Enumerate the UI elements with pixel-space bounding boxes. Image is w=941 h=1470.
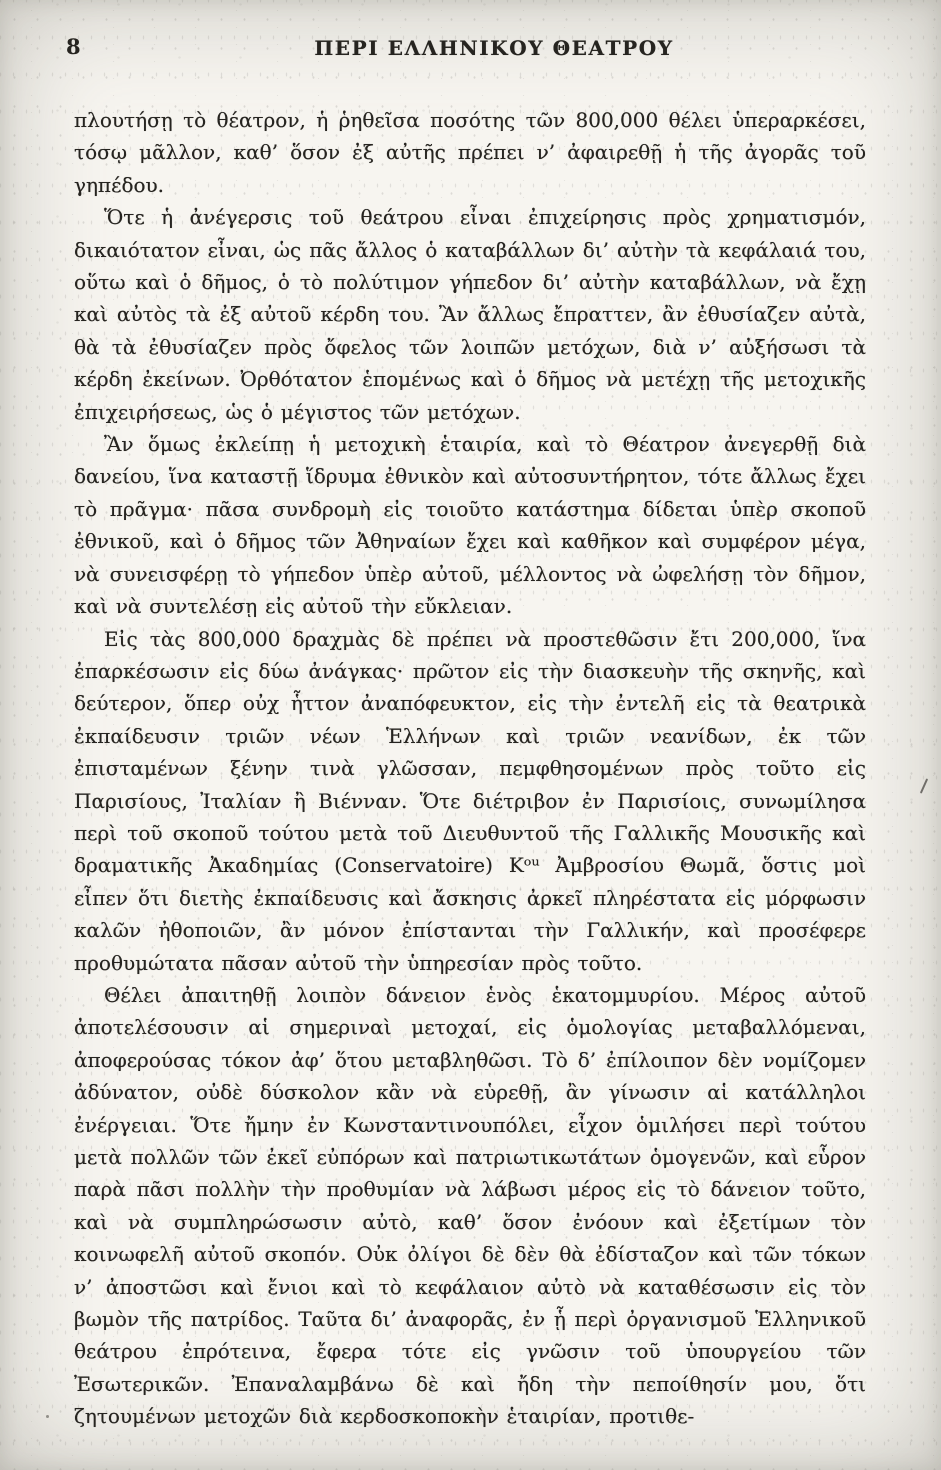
page-header: 8 ΠΕΡΙ ΕΛΛΗΝΙΚΟΥ ΘΕΑΤΡΟΥ [0,0,941,66]
paragraph: Ὅτε ἡ ἀνέγερσις τοῦ θεάτρου εἶναι ἐπιχεί… [74,201,866,428]
running-title: ΠΕΡΙ ΕΛΛΗΝΙΚΟΥ ΘΕΑΤΡΟΥ [98,36,890,60]
scan-artifact-mark [920,778,928,793]
paragraph: Ἂν ὅμως ἐκλείπῃ ἡ μετοχικὴ ἑταιρία, καὶ … [74,428,866,622]
page-number: 8 [66,34,81,59]
paragraph-continuation: πλουτήσῃ τὸ θέατρον, ἡ ῥηθεῖσα ποσότης τ… [74,104,866,201]
paragraph: Θέλει ἀπαιτηθῇ λοιπὸν δάνειον ἑνὸς ἑκατο… [74,979,866,1433]
scanned-book-page: 8 ΠΕΡΙ ΕΛΛΗΝΙΚΟΥ ΘΕΑΤΡΟΥ πλουτήσῃ τὸ θέα… [0,0,941,1470]
paragraph: Εἰς τὰς 800,000 δραχμὰς δὲ πρέπει νὰ προ… [74,623,866,979]
scan-artifact-dot [46,1415,49,1418]
page-text-block: πλουτήσῃ τὸ θέατρον, ἡ ῥηθεῖσα ποσότης τ… [74,104,866,1433]
